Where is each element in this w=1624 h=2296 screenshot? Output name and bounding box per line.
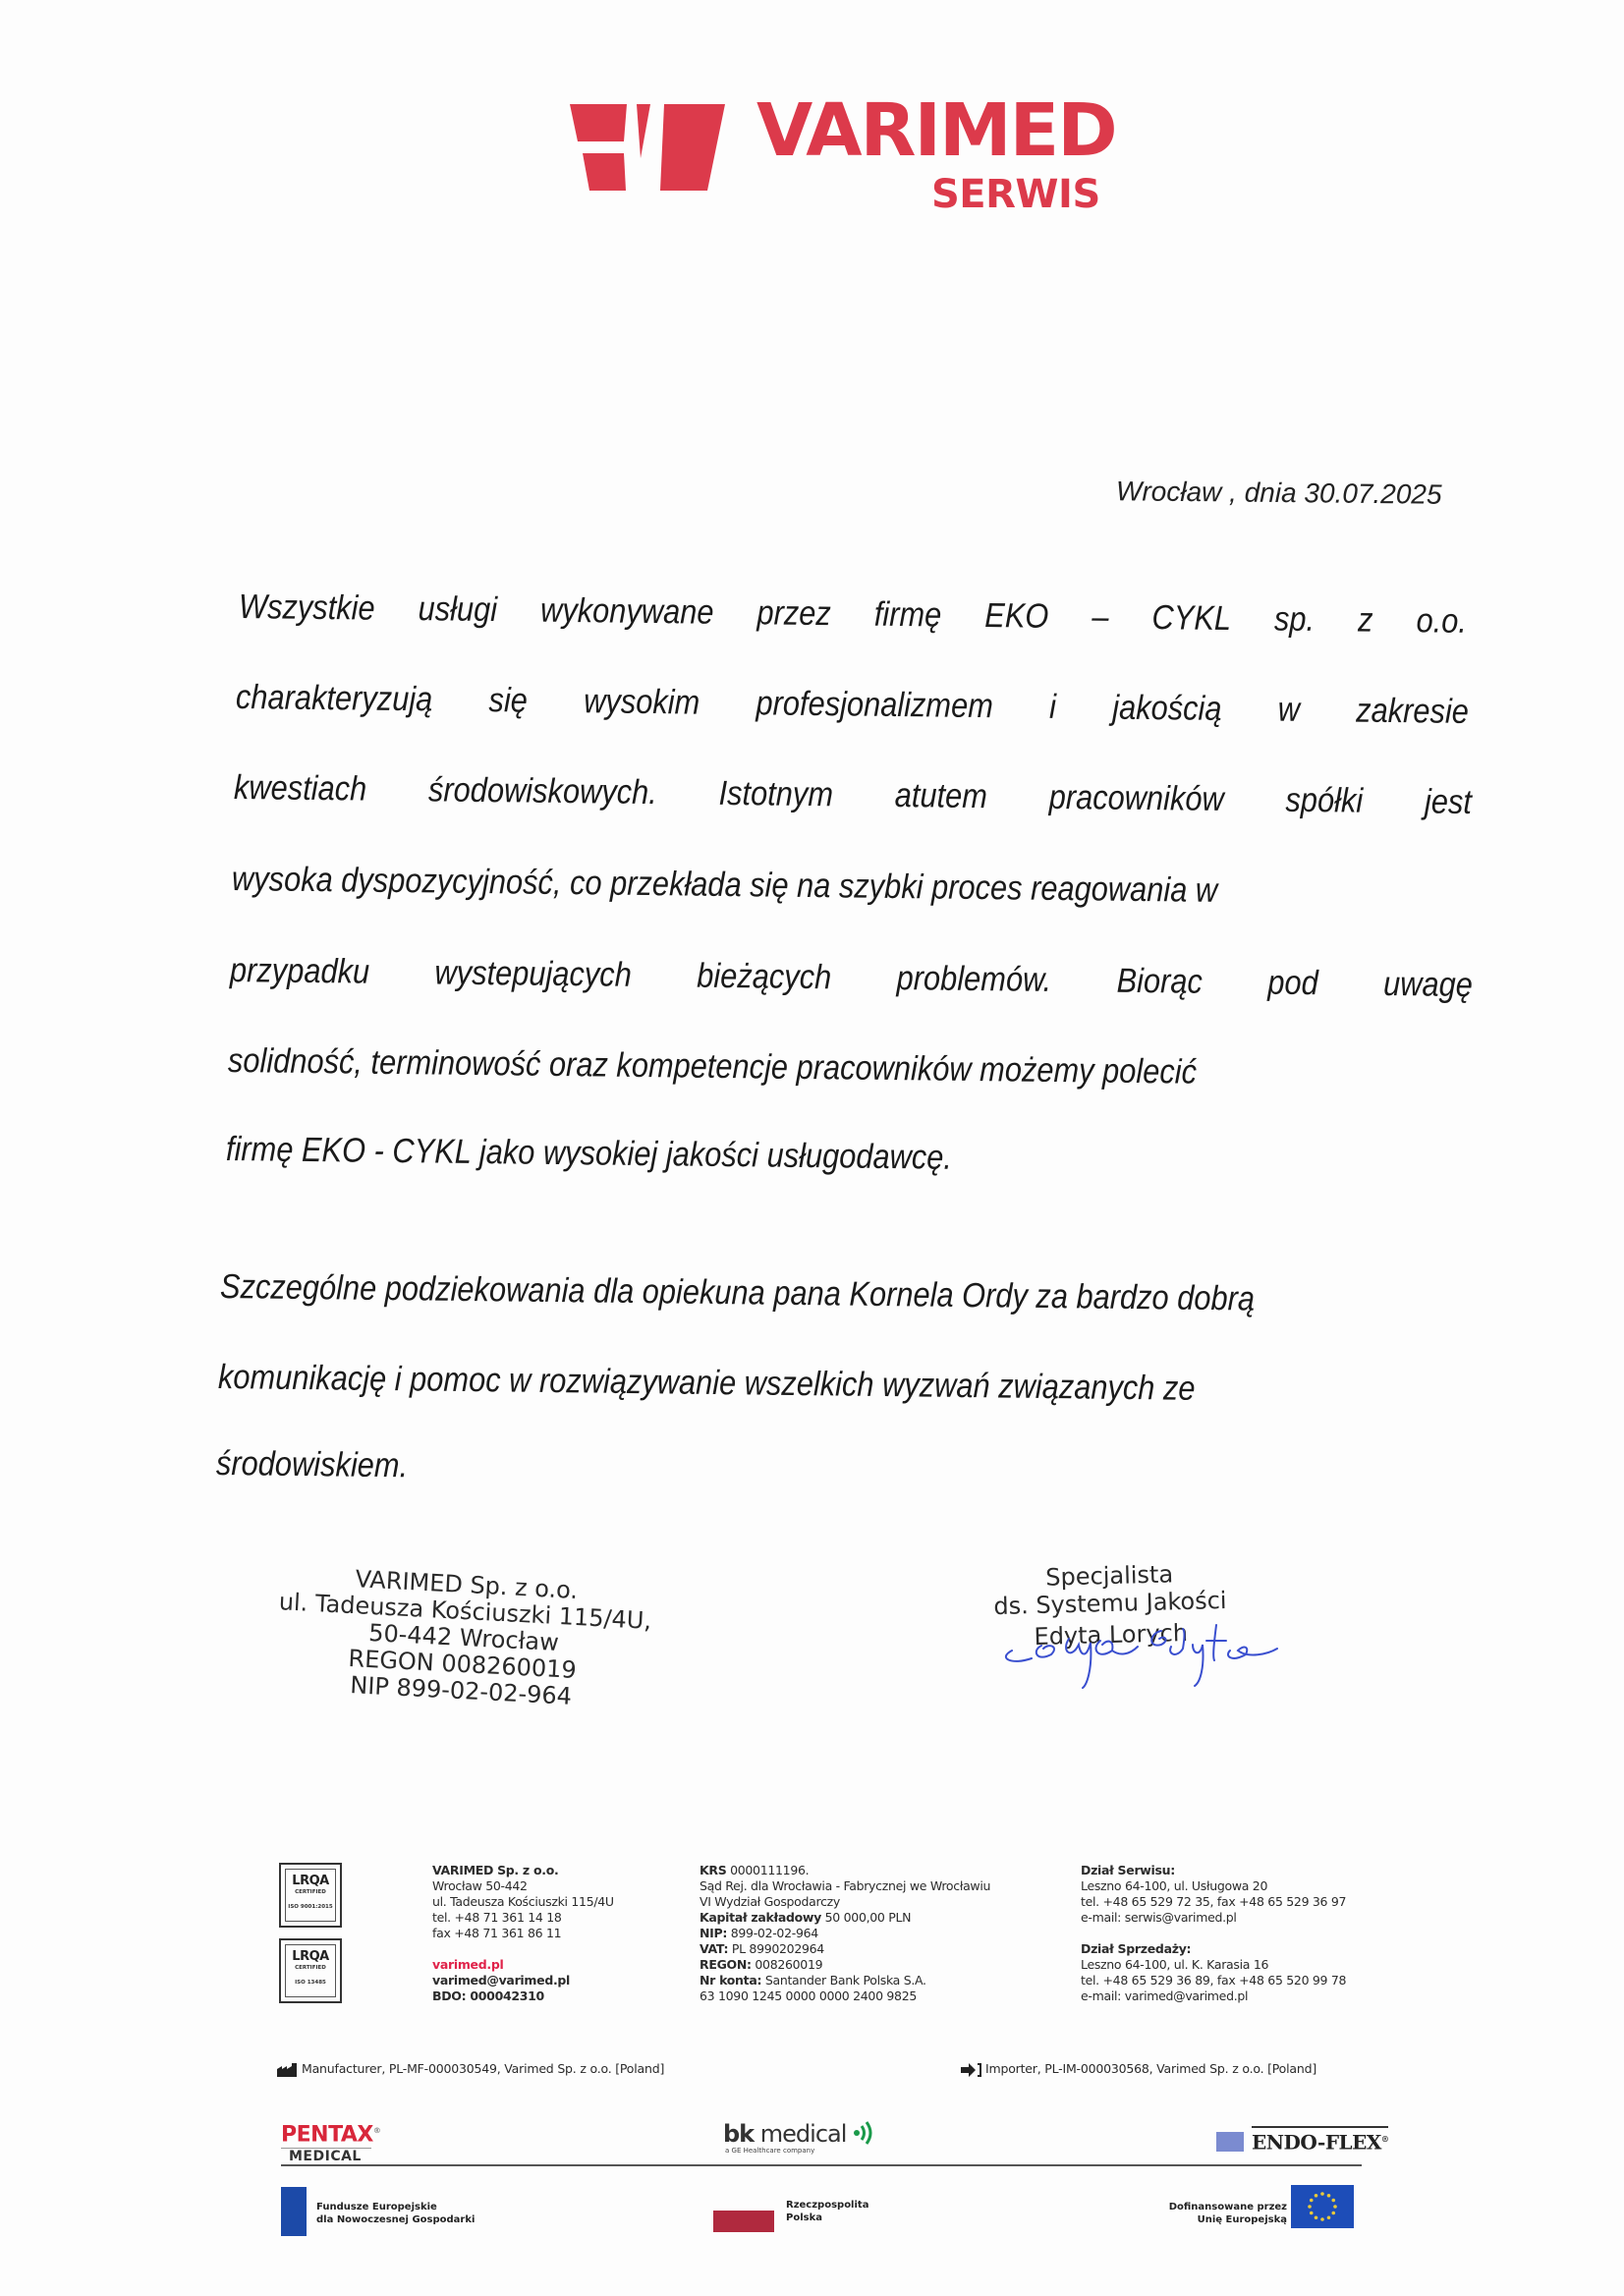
- sales-dept-address: Leszno 64-100, ul. K. Karasia 16: [1081, 1957, 1346, 1973]
- pentax-text: PENTAX: [281, 2122, 373, 2147]
- importer-registration: Importer, PL-IM-000030568, Varimed Sp. z…: [961, 2061, 1316, 2078]
- body-word: z: [1358, 601, 1373, 641]
- nip-value: 899-02-02-964: [727, 1926, 818, 1940]
- company-bdo: BDO: 000042310: [432, 1988, 614, 2004]
- factory-icon: [277, 2063, 299, 2077]
- company-name: VARIMED Sp. z o.o.: [432, 1863, 614, 1878]
- body-word: usługi: [418, 589, 497, 630]
- body-word: o.o.: [1416, 601, 1467, 642]
- company-street: ul. Tadeusza Kościuszki 115/4U: [432, 1894, 614, 1910]
- registry-court: Sąd Rej. dla Wrocławia - Fabrycznej we W…: [700, 1878, 990, 1894]
- company-city: Wrocław 50-442: [432, 1878, 614, 1894]
- eu-line-2: Unię Europejską: [1159, 2213, 1287, 2226]
- letter-page: VARIMED SERWIS Wrocław , dnia 30.07.2025…: [0, 0, 1624, 2296]
- endo-flex-emblem-icon: [1216, 2132, 1244, 2152]
- vat-label: VAT:: [700, 1941, 728, 1956]
- body-word: Wszystkie: [239, 588, 375, 629]
- body-word: atutem: [895, 776, 988, 816]
- body-word: Istotnym: [718, 774, 833, 814]
- registry-division: VI Wydział Gospodarczy: [700, 1894, 990, 1910]
- body-word: zakresie: [1356, 692, 1469, 732]
- sales-dept-email[interactable]: e-mail: varimed@varimed.pl: [1081, 1988, 1346, 2004]
- regon-value: 008260019: [752, 1957, 823, 1972]
- footer-divider: [281, 2164, 1362, 2166]
- capital-value: 50 000,00 PLN: [821, 1910, 911, 1925]
- pentax-medical-text: MEDICAL: [289, 2149, 380, 2165]
- account-number: 63 1090 1245 0000 0000 2400 9825: [700, 1988, 990, 2004]
- regon-label: REGON:: [700, 1957, 752, 1972]
- bk-signal-icon: [853, 2120, 874, 2146]
- body-word: –: [1092, 597, 1109, 637]
- body-word: uwagę: [1383, 965, 1473, 1005]
- eu-flag-icon: [1291, 2185, 1354, 2228]
- rzeczpospolita-polska-text: Rzeczpospolita Polska: [786, 2199, 868, 2224]
- lrqa-iso9001-badge: LRQA CERTIFIED ISO 9001:2015: [279, 1863, 342, 1928]
- body-word: jakością: [1112, 689, 1222, 729]
- place-and-date: Wrocław , dnia 30.07.2025: [1116, 476, 1442, 510]
- fundusze-europejskie-logo-icon: [281, 2187, 307, 2236]
- company-fax: fax +48 71 361 86 11: [432, 1926, 614, 1941]
- body-word: wystepujących: [434, 953, 632, 994]
- body-word: EKO: [984, 596, 1048, 637]
- lrqa-iso13485-badge: LRQA CERTIFIED ISO 13485: [279, 1938, 342, 2003]
- service-dept-title: Dział Serwisu:: [1081, 1863, 1346, 1878]
- krs-label: KRS: [700, 1863, 726, 1877]
- footer-company-info: VARIMED Sp. z o.o. Wrocław 50-442 ul. Ta…: [432, 1863, 614, 2004]
- body-line: firmę EKO - CYKL jako wysokiej jakości u…: [226, 1130, 952, 1178]
- eu-funding-text: Dofinansowane przez Unię Europejską: [1159, 2201, 1287, 2226]
- body-word: wysokim: [584, 682, 700, 722]
- service-dept-address: Leszno 64-100, ul. Usługowa 20: [1081, 1878, 1346, 1894]
- body-word: profesjonalizmem: [756, 684, 993, 726]
- krs-value: 0000111196.: [726, 1863, 809, 1877]
- body-word: bieżących: [697, 957, 831, 998]
- nip-label: NIP:: [700, 1926, 727, 1940]
- fe-line-2: dla Nowoczesnej Gospodarki: [316, 2213, 475, 2226]
- rp-line-1: Rzeczpospolita: [786, 2199, 868, 2212]
- pentax-registered-mark: ®: [373, 2126, 381, 2135]
- endo-flex-registered-mark: ®: [1381, 2134, 1389, 2144]
- company-tel: tel. +48 71 361 14 18: [432, 1910, 614, 1926]
- importer-arrow-icon: [961, 2062, 982, 2078]
- body-word: Biorąc: [1116, 962, 1203, 1002]
- varimed-serwis-logo: VARIMED SERWIS: [570, 104, 1120, 222]
- lrqa-logo: LRQA: [286, 1949, 335, 1964]
- body-word: jest: [1425, 782, 1472, 822]
- sales-dept-phone: tel. +48 65 529 36 89, fax +48 65 520 99…: [1081, 1973, 1346, 1988]
- body-line: WszystkieusługiwykonywaneprzezfirmęEKO–C…: [239, 588, 1467, 642]
- body-word: firmę: [874, 595, 942, 636]
- body-word: przypadku: [230, 951, 369, 992]
- body-word: i: [1049, 688, 1056, 727]
- lrqa-logo: LRQA: [286, 1874, 335, 1888]
- body-line: charakteryzująsięwysokimprofesjonalizmem…: [236, 678, 1469, 732]
- body-word: środowiskowych.: [428, 770, 657, 812]
- polish-flag-icon: [713, 2211, 774, 2232]
- eu-line-1: Dofinansowane przez: [1159, 2201, 1287, 2213]
- footer-registry-info: KRS 0000111196. Sąd Rej. dla Wrocławia -…: [700, 1863, 990, 2004]
- body-word: pracowników: [1048, 778, 1223, 819]
- body-word: sp.: [1274, 600, 1315, 640]
- manufacturer-registration: Manufacturer, PL-MF-000030549, Varimed S…: [277, 2061, 664, 2077]
- body-word: kwestiach: [234, 768, 367, 810]
- bk-text: bk: [723, 2120, 754, 2148]
- body-line: Szczególne podziekowania dla opiekuna pa…: [220, 1267, 1255, 1319]
- capital-label: Kapitał zakładowy: [700, 1910, 821, 1925]
- manufacturer-text: Manufacturer, PL-MF-000030549, Varimed S…: [302, 2061, 664, 2076]
- lrqa-certified-label: CERTIFIED: [286, 1965, 335, 1971]
- body-word: przez: [756, 593, 831, 634]
- body-word: się: [488, 681, 528, 720]
- fe-line-1: Fundusze Europejskie: [316, 2201, 475, 2213]
- body-word: charakteryzują: [236, 678, 433, 719]
- body-word: wykonywane: [540, 591, 714, 633]
- body-word: pod: [1267, 964, 1318, 1004]
- body-line: przypadkuwystepującychbieżącychproblemów…: [230, 951, 1473, 1005]
- body-line: solidność, terminowość oraz kompetencje …: [228, 1041, 1197, 1092]
- body-word: problemów.: [896, 959, 1051, 1000]
- handwritten-signature-icon: [992, 1611, 1326, 1690]
- vat-value: PL 8990202964: [728, 1941, 824, 1956]
- rp-line-2: Polska: [786, 2212, 868, 2224]
- footer-departments: Dział Serwisu: Leszno 64-100, ul. Usługo…: [1081, 1863, 1346, 2004]
- body-line: środowiskiem.: [216, 1444, 408, 1485]
- lrqa-certified-label: CERTIFIED: [286, 1889, 335, 1895]
- fundusze-europejskie-text: Fundusze Europejskie dla Nowoczesnej Gos…: [316, 2201, 475, 2226]
- endo-flex-text: ENDO-FLEX: [1252, 2131, 1381, 2155]
- importer-text: Importer, PL-IM-000030568, Varimed Sp. z…: [985, 2061, 1316, 2076]
- lrqa-standard: ISO 13485: [286, 1980, 335, 1986]
- service-dept-email[interactable]: e-mail: serwis@varimed.pl: [1081, 1910, 1346, 1926]
- brand-subtitle: SERWIS: [931, 175, 1100, 214]
- account-label: Nr konta:: [700, 1973, 761, 1988]
- bk-medical-text: medical: [754, 2120, 846, 2148]
- sales-dept-title: Dział Sprzedaży:: [1081, 1941, 1346, 1957]
- bk-tagline: a GE Healthcare company: [725, 2147, 874, 2155]
- body-line: komunikację i pomoc w rozwiązywanie wsze…: [218, 1358, 1196, 1409]
- service-dept-phone: tel. +48 65 529 72 35, fax +48 65 529 36…: [1081, 1894, 1346, 1910]
- account-bank: Santander Bank Polska S.A.: [761, 1973, 926, 1988]
- brand-name: VARIMED: [756, 94, 1116, 167]
- body-word: spółki: [1285, 781, 1363, 821]
- pentax-medical-logo: PENTAX® MEDICAL: [281, 2120, 380, 2165]
- lrqa-standard: ISO 9001:2015: [286, 1904, 335, 1910]
- varimed-v-mark-icon: [570, 104, 727, 191]
- body-word: w: [1278, 691, 1301, 730]
- body-line: kwestiachśrodowiskowych.Istotnymatutempr…: [234, 768, 1472, 822]
- body-line: wysoka dyspozycyjność, co przekłada się …: [232, 860, 1217, 911]
- company-website-link[interactable]: varimed.pl: [432, 1957, 614, 1973]
- company-email-link[interactable]: varimed@varimed.pl: [432, 1973, 614, 1988]
- body-word: CYKL: [1151, 598, 1231, 639]
- bk-medical-logo: bk medical a GE Healthcare company: [723, 2120, 874, 2155]
- company-stamp: VARIMED Sp. z o.o. ul. Tadeusza Kościusz…: [274, 1562, 654, 1714]
